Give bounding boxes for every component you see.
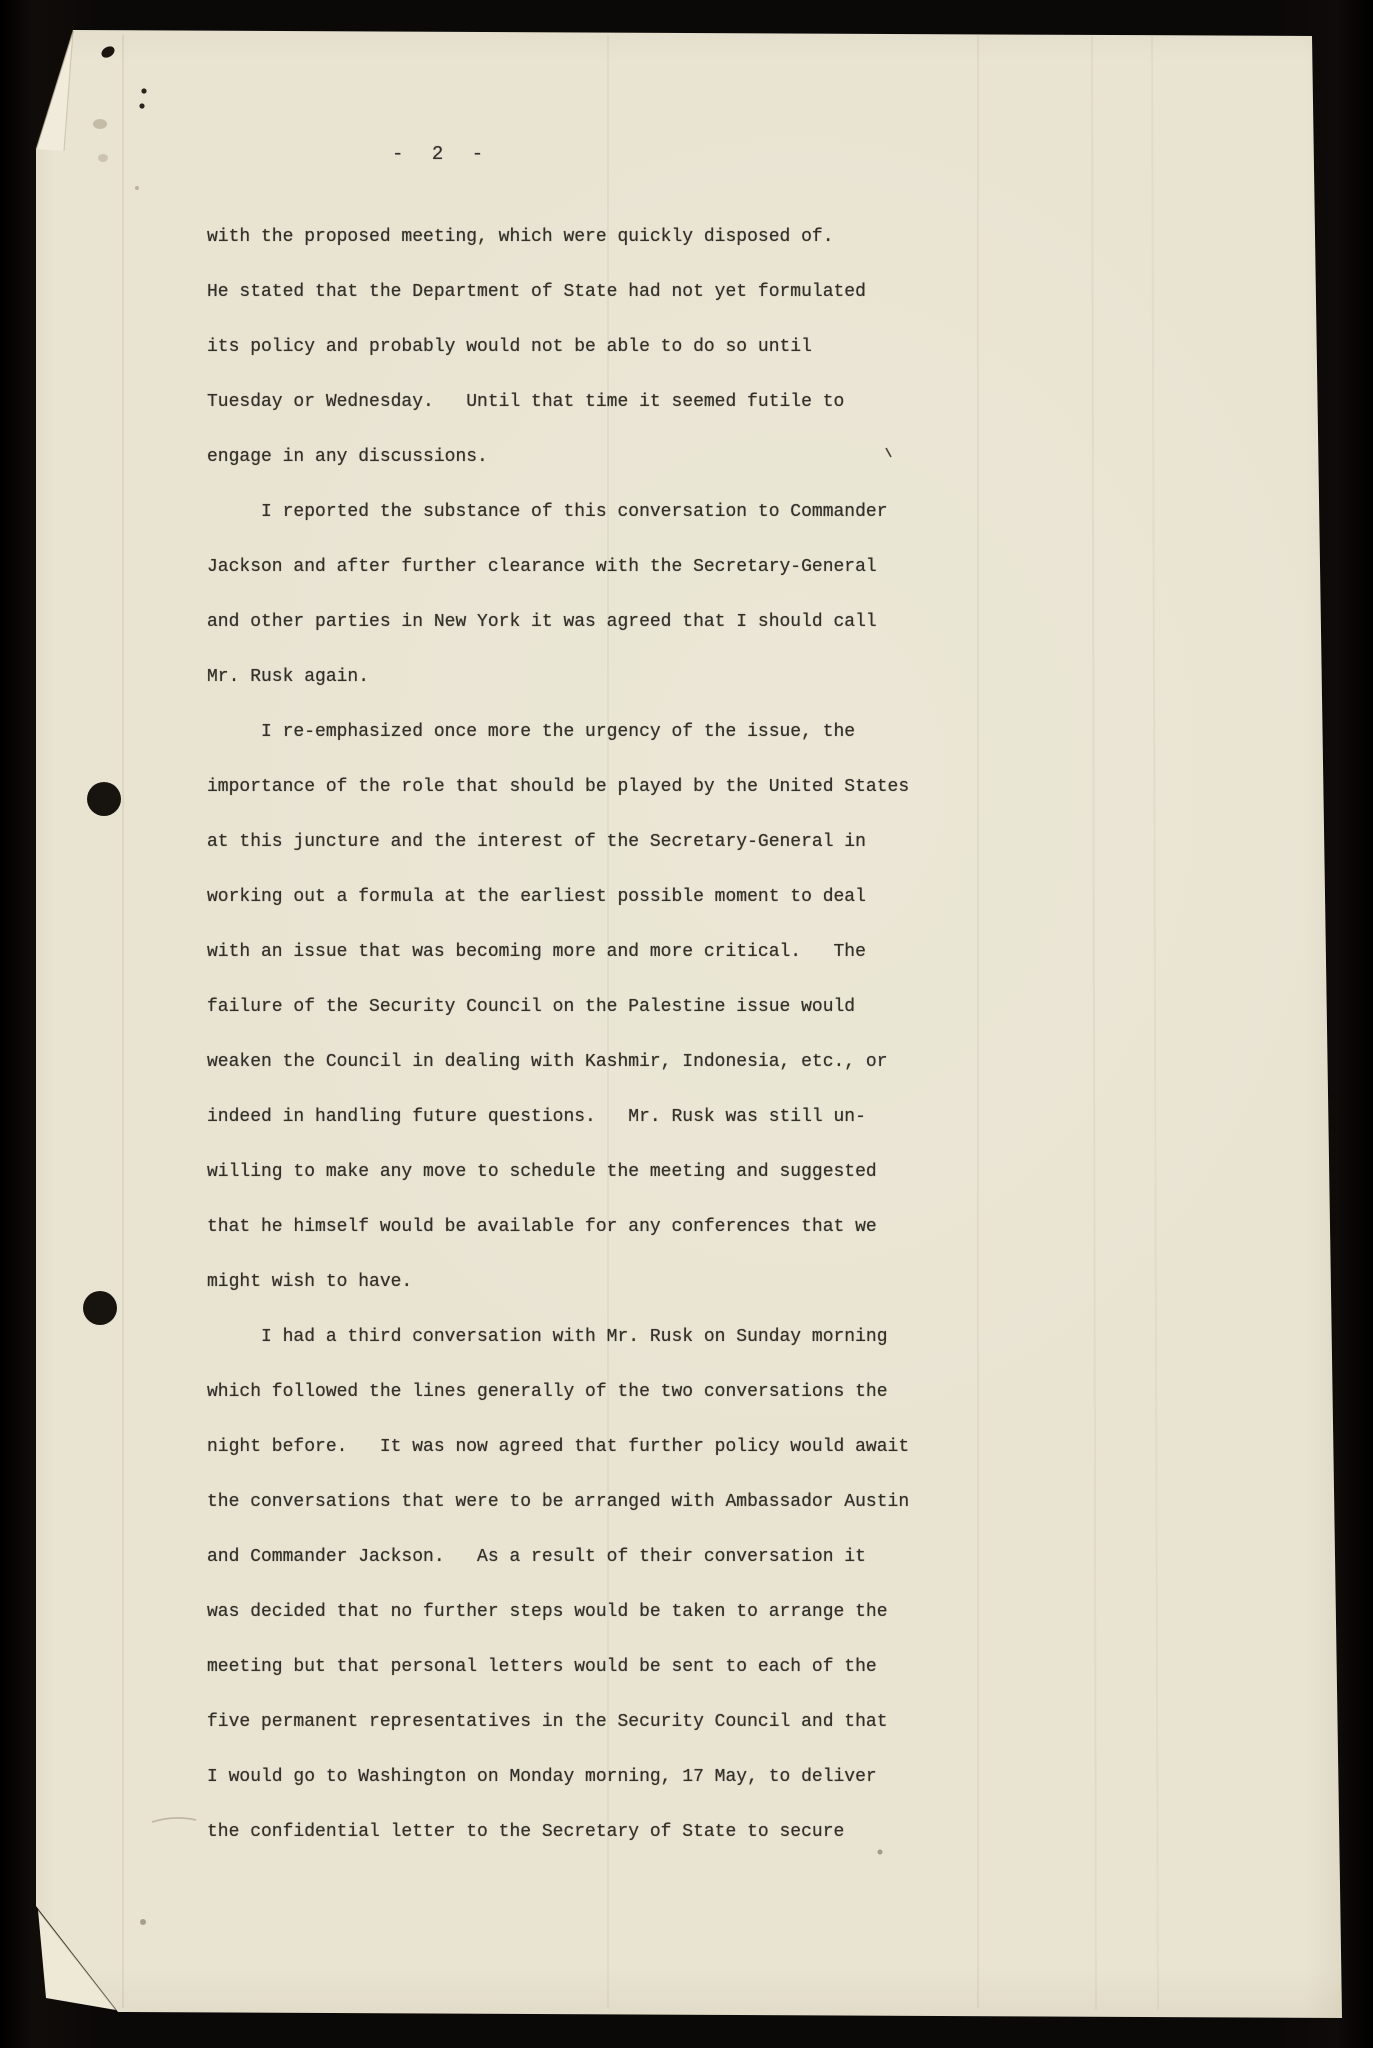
text-line: at this juncture and the interest of the… bbox=[207, 815, 1187, 870]
text-line: working out a formula at the earliest po… bbox=[207, 870, 1187, 925]
text-line: Mr. Rusk again. bbox=[207, 650, 1187, 705]
text-line: engage in any discussions. bbox=[207, 430, 1187, 485]
page-number: - 2 - bbox=[392, 127, 492, 182]
text-line: its policy and probably would not be abl… bbox=[207, 320, 1187, 375]
text-line: might wish to have. bbox=[207, 1255, 1187, 1310]
text-line: was decided that no further steps would … bbox=[207, 1585, 1187, 1640]
text-line: meeting but that personal letters would … bbox=[207, 1640, 1187, 1695]
text-line: Jackson and after further clearance with… bbox=[207, 540, 1187, 595]
text-line: He stated that the Department of State h… bbox=[207, 265, 1187, 320]
text-line: willing to make any move to schedule the… bbox=[207, 1145, 1187, 1200]
text-line: I would go to Washington on Monday morni… bbox=[207, 1750, 1187, 1805]
text-line: night before. It was now agreed that fur… bbox=[207, 1420, 1187, 1475]
text-line: and Commander Jackson. As a result of th… bbox=[207, 1530, 1187, 1585]
text-line: I re-emphasized once more the urgency of… bbox=[207, 705, 1187, 760]
typewritten-text: with the proposed meeting, which were qu… bbox=[207, 210, 1187, 1860]
text-line: the conversations that were to be arrang… bbox=[207, 1475, 1187, 1530]
text-line: weaken the Council in dealing with Kashm… bbox=[207, 1035, 1187, 1090]
text-line: Tuesday or Wednesday. Until that time it… bbox=[207, 375, 1187, 430]
text-line: importance of the role that should be pl… bbox=[207, 760, 1187, 815]
text-line: indeed in handling future questions. Mr.… bbox=[207, 1090, 1187, 1145]
text-line: I had a third conversation with Mr. Rusk… bbox=[207, 1310, 1187, 1365]
text-line: that he himself would be available for a… bbox=[207, 1200, 1187, 1255]
text-line: with an issue that was becoming more and… bbox=[207, 925, 1187, 980]
text-line: failure of the Security Council on the P… bbox=[207, 980, 1187, 1035]
text-line: with the proposed meeting, which were qu… bbox=[207, 210, 1187, 265]
scan-background: - 2 - with the proposed meeting, which w… bbox=[0, 0, 1373, 2048]
text-line: which followed the lines generally of th… bbox=[207, 1365, 1187, 1420]
text-line: and other parties in New York it was agr… bbox=[207, 595, 1187, 650]
text-line: I reported the substance of this convers… bbox=[207, 485, 1187, 540]
text-line: five permanent representatives in the Se… bbox=[207, 1695, 1187, 1750]
text-line: the confidential letter to the Secretary… bbox=[207, 1805, 1187, 1860]
